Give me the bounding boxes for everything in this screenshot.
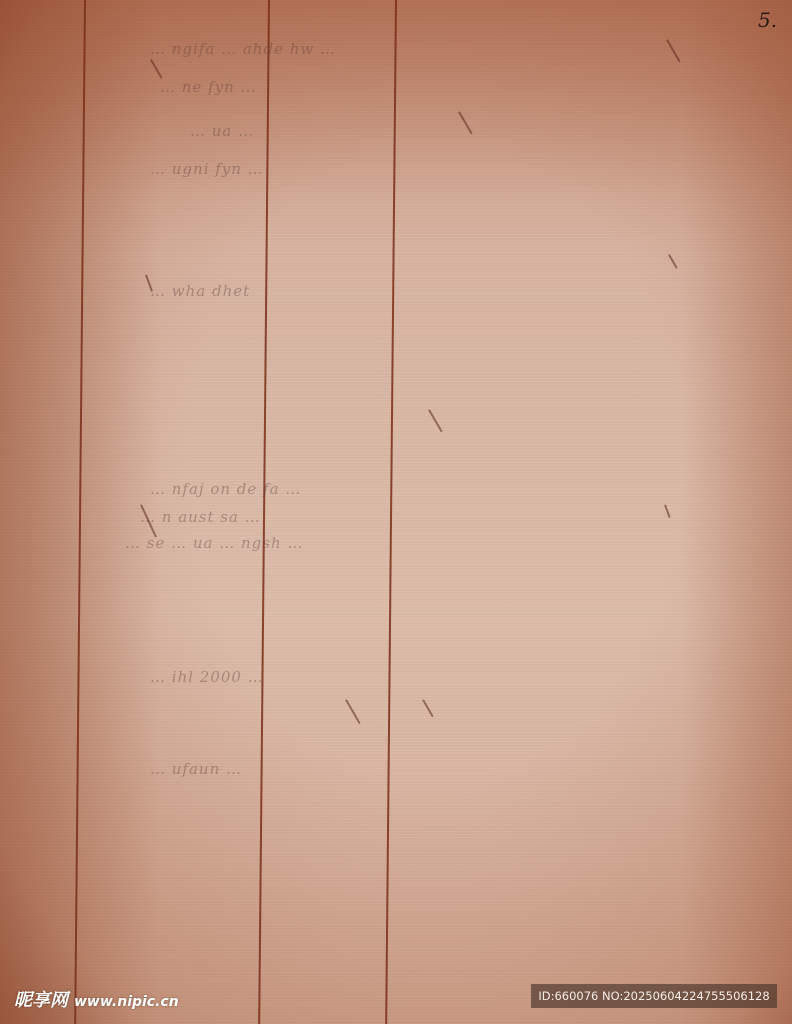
handwriting-line: … ua …	[190, 122, 254, 140]
handwriting-line: … ne fyn …	[160, 78, 257, 96]
handwriting-line: … se … ua … ngsh …	[125, 534, 303, 552]
ink-stroke	[345, 699, 361, 724]
handwriting-line: … ufaun …	[150, 760, 242, 778]
aged-paper-page: 5. … ngifa … ahde hw … … ne fyn … … ua ……	[0, 0, 792, 1024]
handwriting-line: … wha dhet	[150, 282, 250, 300]
handwriting-line: … nfaj on de fa …	[150, 480, 301, 498]
ink-stroke	[422, 699, 434, 717]
handwriting-line: … n aust sa …	[140, 508, 261, 526]
page-number: 5.	[758, 8, 777, 32]
handwriting-line: … ihl 2000 …	[150, 668, 264, 686]
ink-stroke	[664, 504, 671, 518]
vignette-right	[682, 0, 792, 1024]
watermark-id-badge: ID:660076 NO:20250604224755506128	[531, 984, 777, 1008]
handwriting-line: … ngifa … ahde hw …	[150, 40, 336, 58]
ink-stroke	[428, 409, 443, 433]
ink-stroke	[668, 254, 678, 269]
watermark-site-url: www.nipic.cn	[74, 994, 179, 1010]
watermark-site-name: 昵享网	[14, 990, 68, 1011]
handwriting-line: … ugni fyn …	[150, 160, 264, 178]
watermark-logo: 昵享网www.nipic.cn	[14, 986, 179, 1012]
